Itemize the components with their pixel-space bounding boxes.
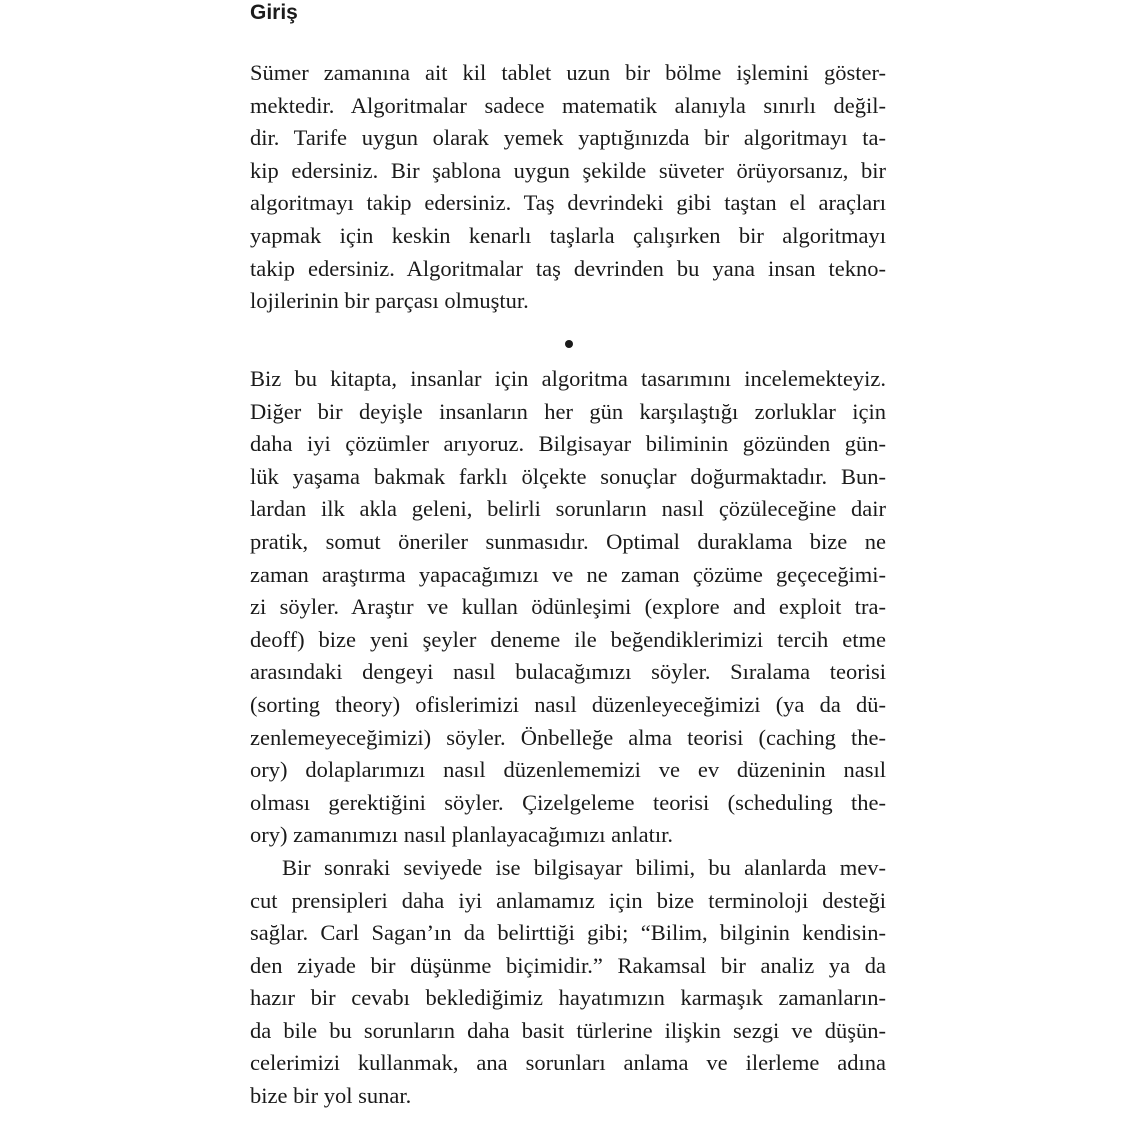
book-page: Giriş Sümer zamanına ait kil tablet uzun… [0, 0, 1140, 1140]
text-line: Biz bu kitapta, insanlar için algoritma … [250, 363, 886, 396]
text-line: lük yaşama bakmak farklı ölçekte sonuçla… [250, 461, 886, 494]
text-line: deoff) bize yeni şeyler deneme ile beğen… [250, 624, 886, 657]
text-line: takip edersiniz. Algoritmalar taş devrin… [250, 253, 886, 286]
text-line: arasındaki dengeyi nasıl bulacağımızı sö… [250, 656, 886, 689]
text-line: olması gerektiğini söyler. Çizelgeleme t… [250, 787, 886, 820]
text-line: hazır bir cevabı beklediğimiz hayatımızı… [250, 982, 886, 1015]
text-line: Bir sonraki seviyede ise bilgisayar bili… [250, 852, 886, 885]
text-line: ory) zamanımızı nasıl planlayacağımızı a… [250, 819, 886, 852]
paragraph-algorithm-design: Biz bu kitapta, insanlar için algoritma … [250, 363, 886, 1113]
text-line: cut prensipleri daha iyi anlamamız için … [250, 885, 886, 918]
bullet-dot-icon [565, 340, 573, 348]
text-line: Diğer bir deyişle insanların her gün kar… [250, 396, 886, 429]
text-line: yapmak için keskin kenarlı taşlarla çalı… [250, 220, 886, 253]
text-line: (sorting theory) ofislerimizi nasıl düze… [250, 689, 886, 722]
text-line: zi söyler. Araştır ve kullan ödünleşimi … [250, 591, 886, 624]
text-line: lojilerinin bir parçası olmuştur. [250, 285, 886, 318]
text-line: celerimizi kullanmak, ana sorunları anla… [250, 1047, 886, 1080]
text-line: kip edersiniz. Bir şablona uygun şekilde… [250, 155, 886, 188]
text-line: zenlemeyeceğimizi) söyler. Önbelleğe alm… [250, 722, 886, 755]
text-line: daha iyi çözümler arıyoruz. Bilgisayar b… [250, 428, 886, 461]
paragraph-sumer-tablet: Sümer zamanına ait kil tablet uzun bir b… [250, 57, 886, 318]
text-line: den ziyade bir düşünme biçimidir.” Rakam… [250, 950, 886, 983]
running-header-title: Giriş [250, 0, 298, 26]
text-line: sağlar. Carl Sagan’ın da belirttiği gibi… [250, 917, 886, 950]
text-line: da bile bu sorunların daha basit türleri… [250, 1015, 886, 1048]
text-line: lardan ilk akla geleni, belirli sorunlar… [250, 493, 886, 526]
text-line: zaman araştırma yapacağımızı ve ne zaman… [250, 559, 886, 592]
text-line: bize bir yol sunar. [250, 1080, 886, 1113]
text-line: mektedir. Algoritmalar sadece matematik … [250, 90, 886, 123]
text-line: Sümer zamanına ait kil tablet uzun bir b… [250, 57, 886, 90]
text-line: pratik, somut öneriler sunmasıdır. Optim… [250, 526, 886, 559]
text-line: ory) dolaplarımızı nasıl düzenlememizi v… [250, 754, 886, 787]
text-line: dir. Tarife uygun olarak yemek yaptığını… [250, 122, 886, 155]
text-line: algoritmayı takip edersiniz. Taş devrind… [250, 187, 886, 220]
